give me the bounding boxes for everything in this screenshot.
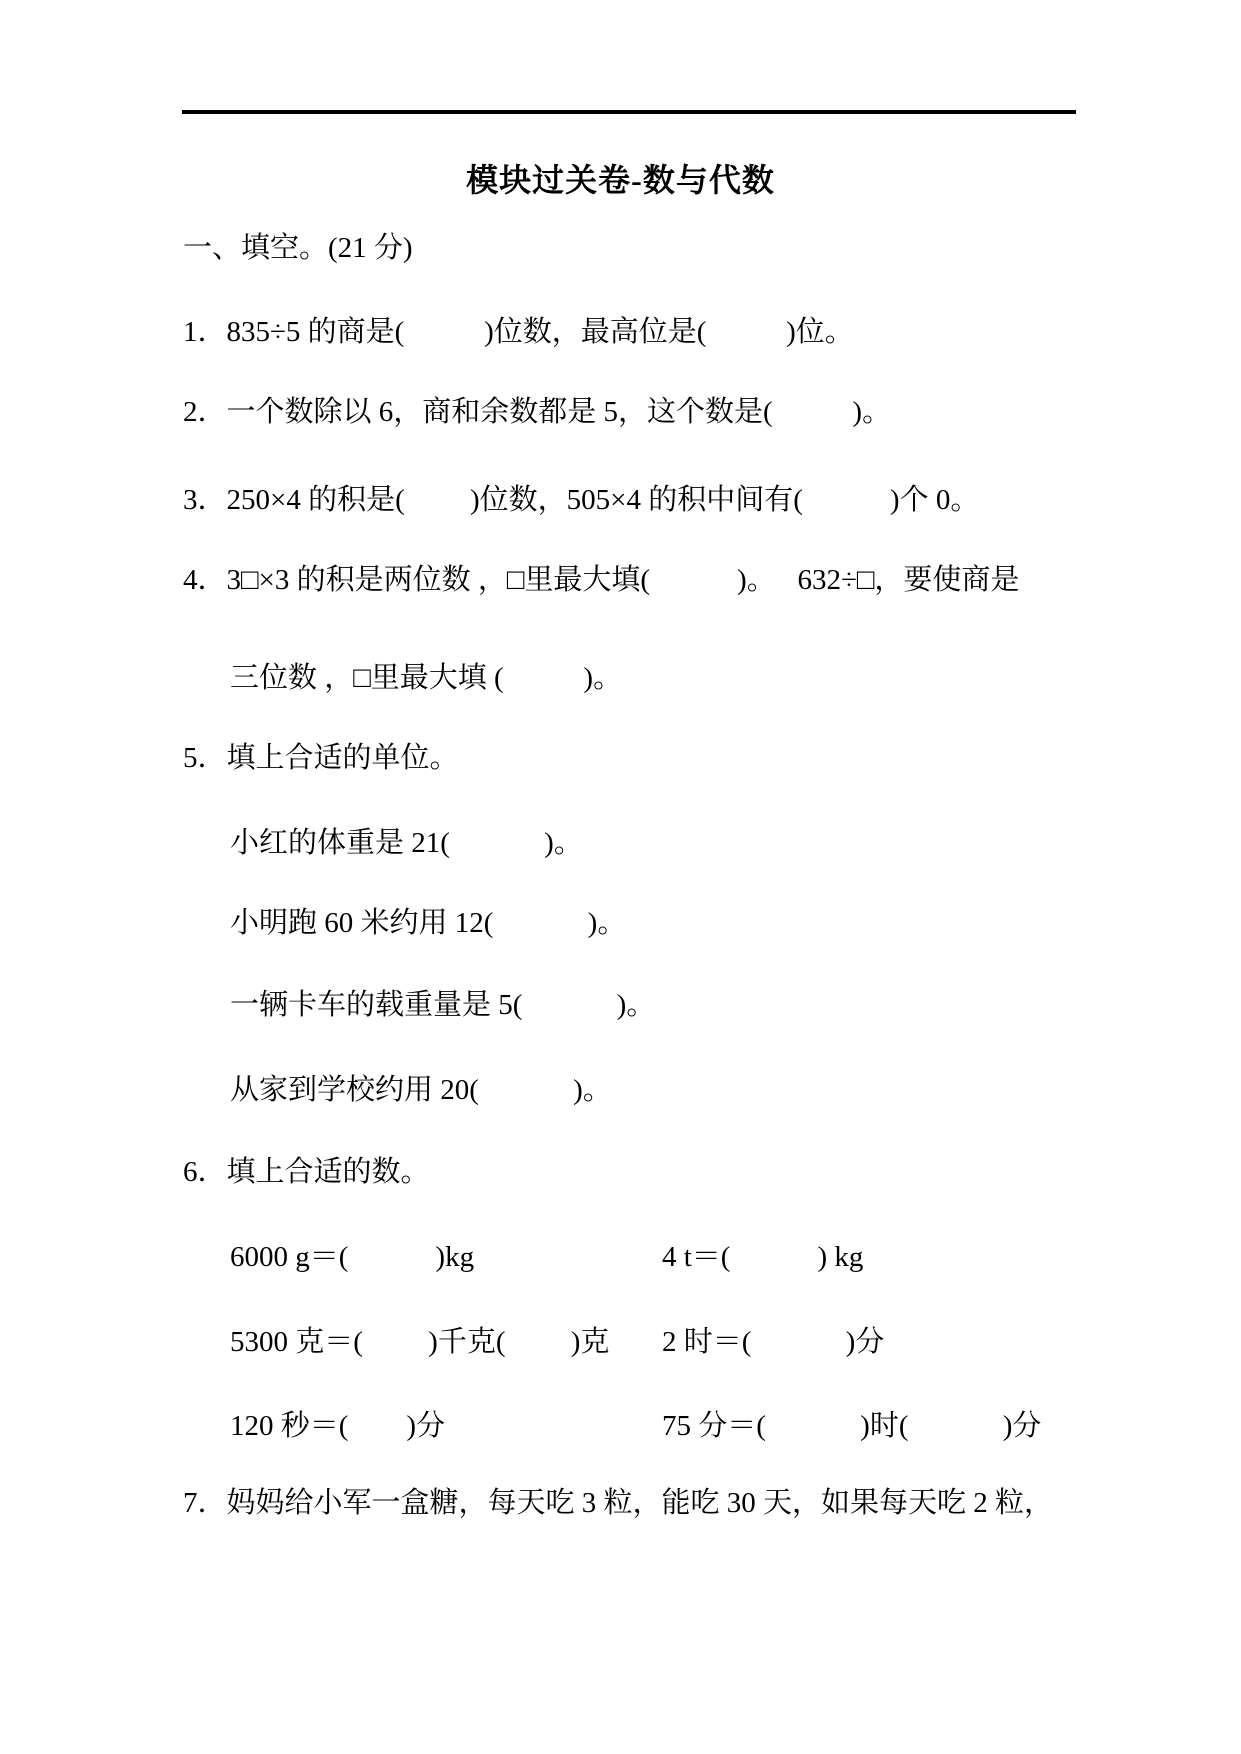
question-5-item-weight: 小红的体重是 21( )。 xyxy=(230,823,583,863)
question-6-row1-left: 6000 g＝( )kg xyxy=(230,1237,474,1277)
question-4-line2: 三位数 ，□里最大填 ( )。 xyxy=(230,658,622,698)
question-2: 2．一个数除以 6，商和余数都是 5，这个数是( )。 xyxy=(183,392,891,432)
question-4-line1: 4．3□×3 的积是两位数 ，□里最大填( )。 632÷□，要使商是 xyxy=(183,560,1019,600)
question-7: 7．妈妈给小军一盒糖，每天吃 3 粒，能吃 30 天，如果每天吃 2 粒， xyxy=(183,1483,1053,1523)
question-6-row3-left: 120 秒＝( )分 xyxy=(230,1406,445,1446)
question-6: 6．填上合适的数。 xyxy=(183,1152,430,1192)
question-6-row2-left: 5300 克＝( )千克( )克 xyxy=(230,1322,609,1362)
question-6-row3-right: 75 分＝( )时( )分 xyxy=(662,1406,1041,1446)
section-heading: 一、填空。(21 分) xyxy=(183,228,413,268)
worksheet-page: 模块过关卷-数与代数 一、填空。(21 分) 1．835÷5 的商是( )位数，… xyxy=(0,0,1241,1754)
question-5-item-truck-load: 一辆卡车的载重量是 5( )。 xyxy=(230,985,655,1025)
question-5-item-school-time: 从家到学校约用 20( )。 xyxy=(230,1070,612,1110)
question-5: 5．填上合适的单位。 xyxy=(183,738,459,778)
question-6-row1-right: 4 t＝( ) kg xyxy=(662,1237,863,1277)
question-1: 1．835÷5 的商是( )位数，最高位是( )位。 xyxy=(183,312,854,352)
question-6-row2-right: 2 时＝( )分 xyxy=(662,1322,884,1362)
worksheet-title: 模块过关卷-数与代数 xyxy=(0,160,1241,200)
header-rule xyxy=(182,110,1076,114)
question-3: 3．250×4 的积是( )位数，505×4 的积中间有( )个 0。 xyxy=(183,480,979,520)
question-5-item-run-time: 小明跑 60 米约用 12( )。 xyxy=(230,903,626,943)
